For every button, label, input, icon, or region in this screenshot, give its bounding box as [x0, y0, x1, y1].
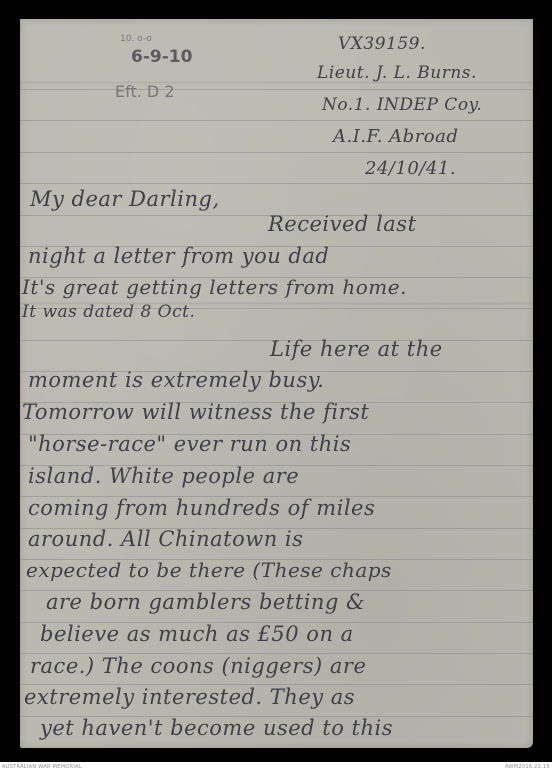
pencil-annotation-3: Eft. D 2 [115, 82, 175, 101]
pencil-annotation-2: 6-9-10 [131, 47, 192, 67]
sender-force: A.I.F. Abroad [333, 126, 458, 147]
body-line: Life here at the [270, 337, 443, 361]
body-line: moment is extremely busy. [28, 368, 324, 392]
ruled-line [20, 89, 533, 90]
archive-name: AUSTRALIAN WAR MEMORIAL [2, 764, 82, 770]
body-line: are born gamblers betting & [46, 590, 365, 614]
body-line: It's great getting letters from home. [22, 275, 407, 299]
body-line: race.) The coons (niggers) are [30, 654, 366, 678]
ruled-line [20, 120, 533, 121]
scan-background: 10. o-o 6-9-10 Eft. D 2 VX39159. Lieut. … [0, 0, 552, 762]
archive-footer: AUSTRALIAN WAR MEMORIAL AWM2016.22.15 [0, 762, 552, 773]
body-line: night a letter from you dad [28, 244, 329, 268]
sender-name: Lieut. J. L. Burns. [317, 63, 477, 83]
letter-date: 24/10/41. [365, 158, 456, 179]
salutation: My dear Darling, [30, 187, 220, 211]
body-line: expected to be there (These chaps [26, 558, 392, 582]
sender-unit: No.1. INDEP Coy. [322, 95, 482, 115]
body-line: Received last [268, 212, 417, 236]
body-line: "horse-race" ever run on this [28, 432, 351, 456]
service-number: VX39159. [338, 34, 426, 54]
body-line: island. White people are [28, 464, 299, 488]
archive-reference: AWM2016.22.15 [505, 764, 550, 770]
pencil-annotation-1: 10. o-o [120, 34, 152, 44]
body-line: coming from hundreds of miles [28, 496, 375, 520]
ruled-line [20, 152, 533, 153]
body-line: Tomorrow will witness the first [22, 400, 369, 424]
body-line: It was dated 8 Oct. [22, 302, 195, 322]
body-line: believe as much as £50 on a [40, 622, 354, 646]
ruled-line [20, 183, 533, 184]
body-line: around. All Chinatown is [28, 527, 303, 551]
body-line: yet haven't become used to this [40, 716, 393, 740]
body-line: extremely interested. They as [24, 685, 355, 709]
